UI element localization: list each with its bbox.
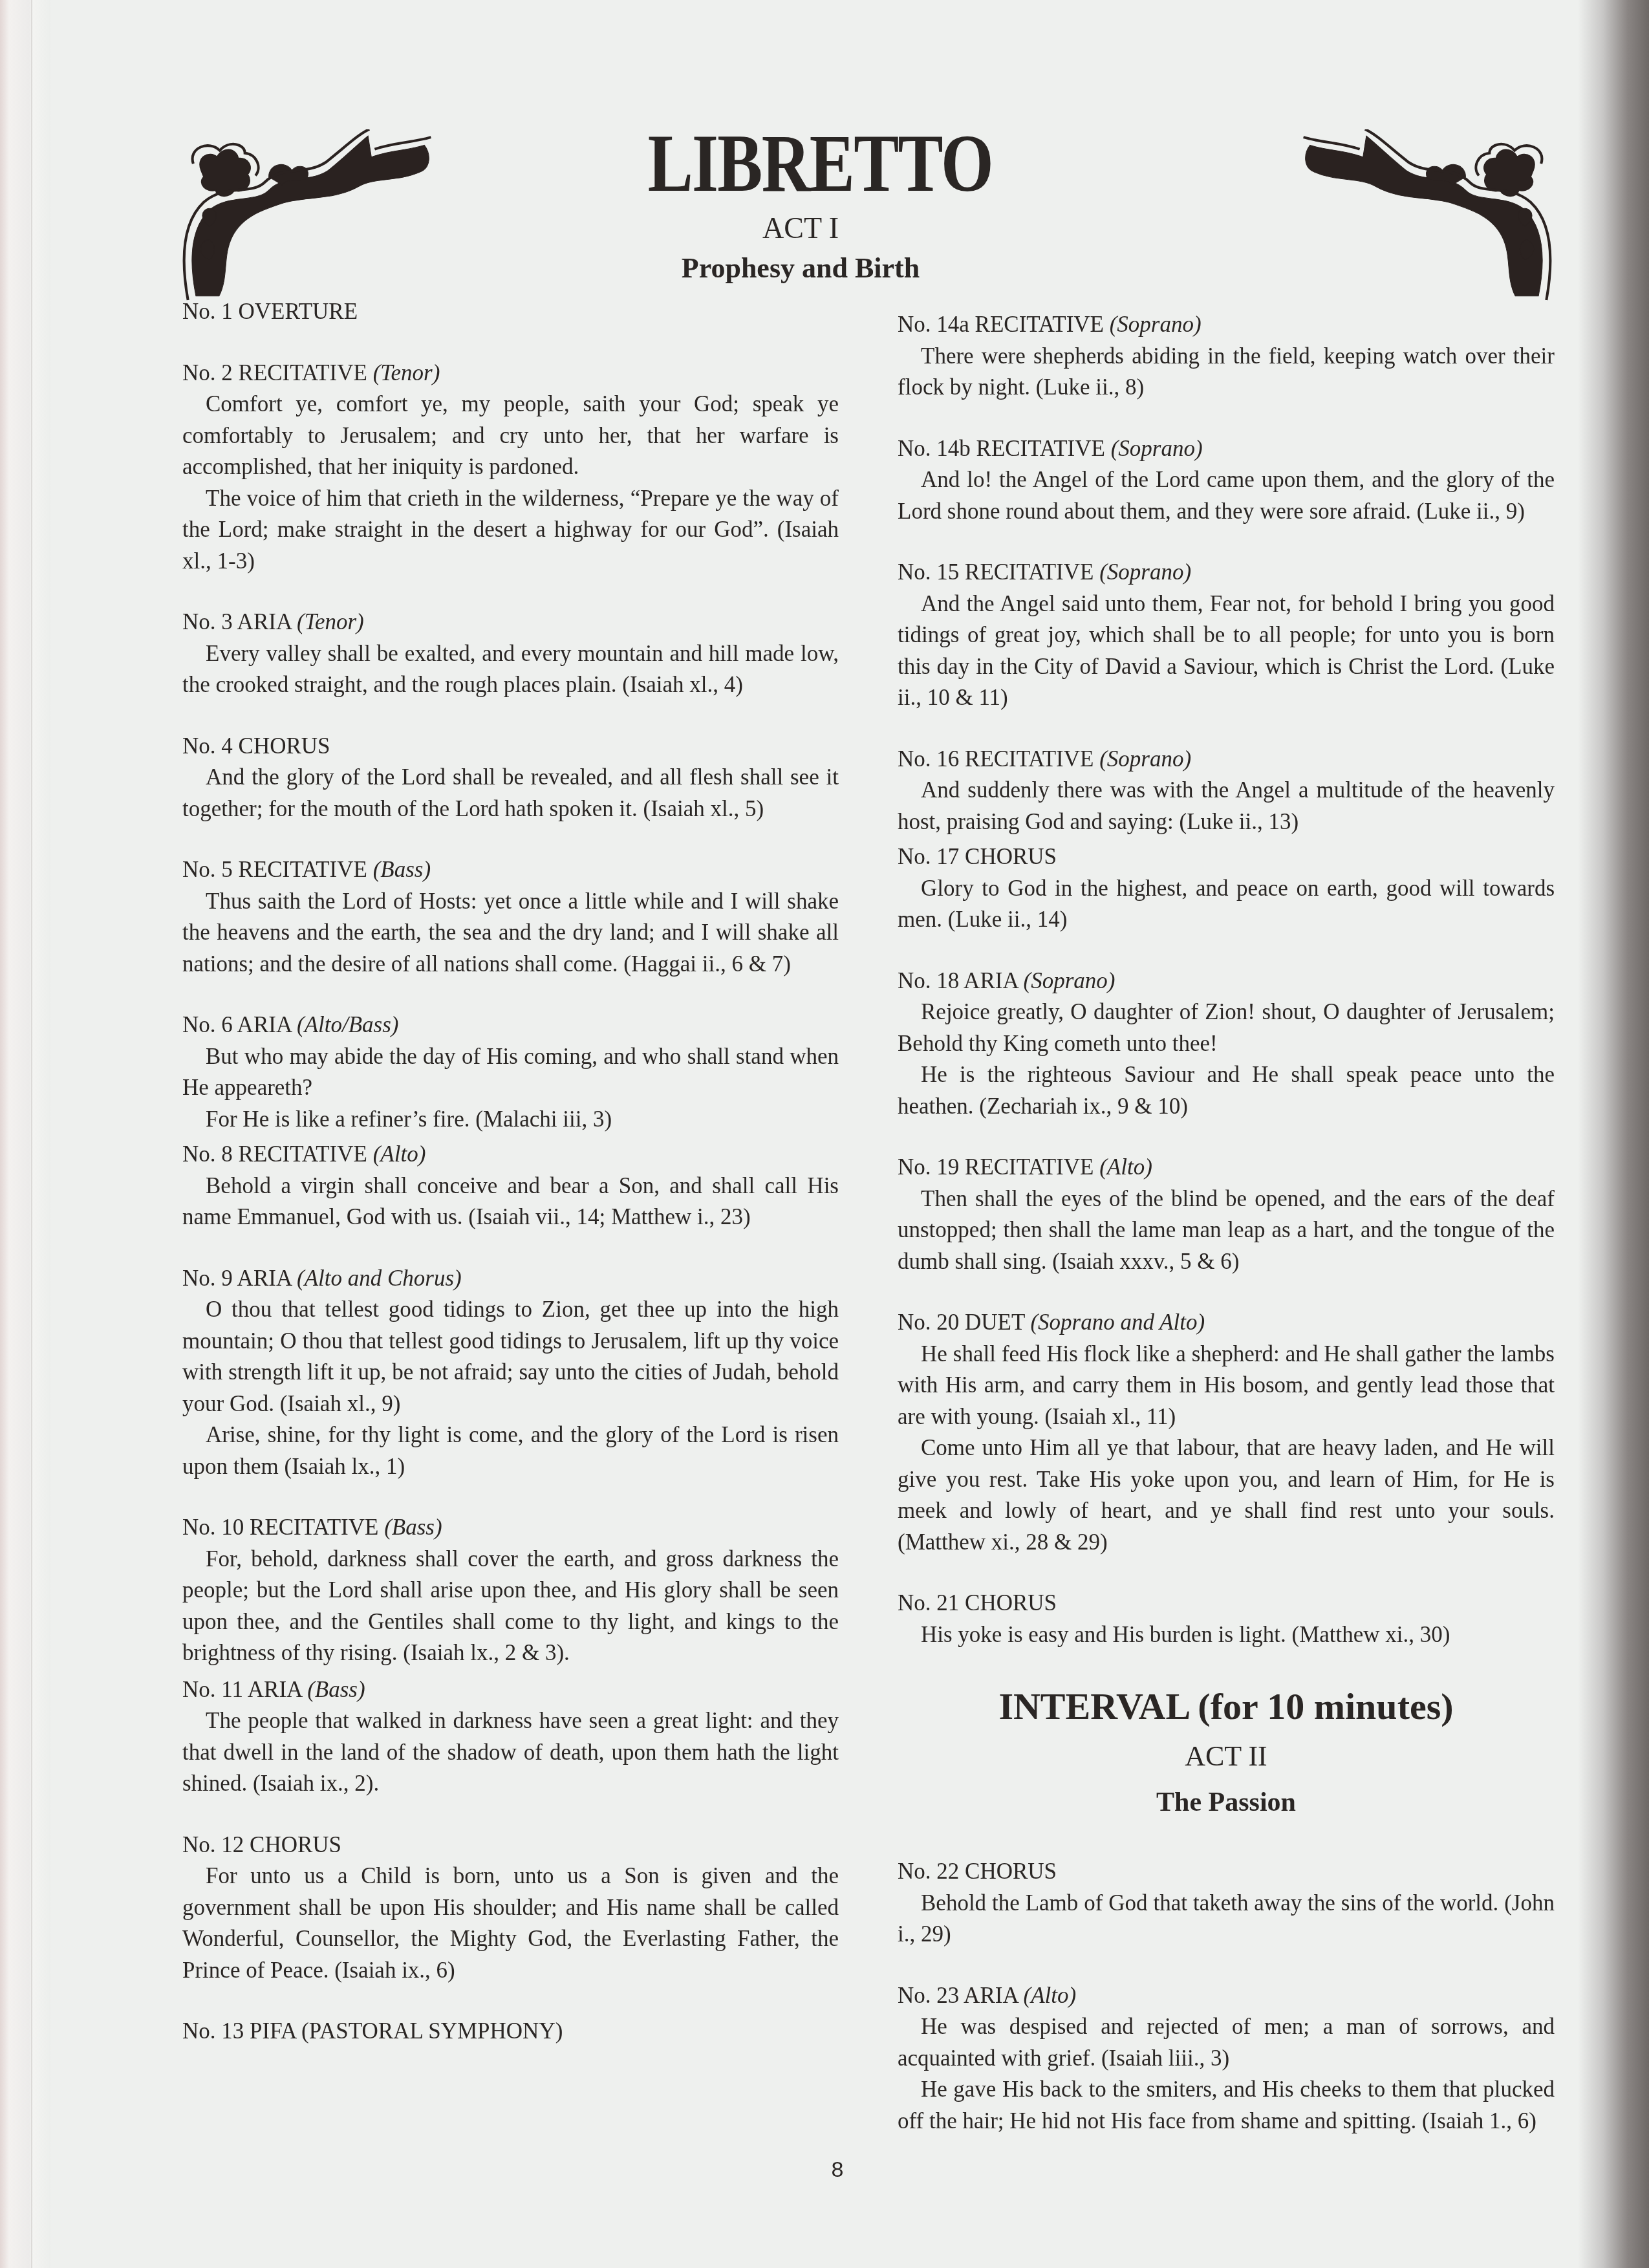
- libretto-entry: No. 8 RECITATIVE (Alto)Behold a virgin s…: [182, 1139, 839, 1233]
- entry-type: RECITATIVE: [239, 360, 367, 385]
- entry-number: No. 16: [898, 746, 959, 772]
- entry-heading: No. 5 RECITATIVE (Bass): [182, 854, 839, 886]
- entry-text: He was despised and rejected of men; a m…: [898, 2011, 1555, 2074]
- entry-heading: No. 4 CHORUS: [182, 731, 839, 762]
- entry-type: CHORUS: [250, 1832, 341, 1857]
- entry-number: No. 14a: [898, 312, 969, 337]
- entry-text: And the Angel said unto them, Fear not, …: [898, 589, 1555, 714]
- entry-number: No. 22: [898, 1859, 959, 1884]
- entry-text: Rejoice greatly, O daughter of Zion! sho…: [898, 997, 1555, 1059]
- libretto-entry: No. 22 CHORUSBehold the Lamb of God that…: [898, 1856, 1555, 1950]
- page-number: 8: [824, 2157, 850, 2183]
- libretto-entry: No. 1 OVERTURE: [182, 296, 839, 328]
- entry-voice: (Tenor): [297, 609, 364, 634]
- entry-heading: No. 10 RECITATIVE (Bass): [182, 1512, 839, 1544]
- entry-voice: (Alto): [1099, 1154, 1152, 1180]
- entry-number: No. 5: [182, 857, 233, 882]
- libretto-entry: No. 17 CHORUSGlory to God in the highest…: [898, 841, 1555, 936]
- act2-heading: ACT II: [898, 1742, 1555, 1771]
- entry-type: OVERTURE: [239, 299, 358, 324]
- entry-type: ARIA: [237, 1012, 292, 1037]
- entry-number: No. 13: [182, 2018, 244, 2044]
- entry-type: RECITATIVE: [976, 436, 1105, 461]
- entry-type: ARIA: [237, 1266, 292, 1291]
- entry-text: O thou that tellest good tidings to Zion…: [182, 1294, 839, 1420]
- entry-type: ARIA: [964, 1983, 1018, 2008]
- entry-voice: (Soprano): [1099, 746, 1191, 772]
- entry-heading: No. 23 ARIA (Alto): [898, 1980, 1555, 2012]
- entry-text: His yoke is easy and His burden is light…: [898, 1619, 1555, 1651]
- entry-voice: (Bass): [373, 857, 431, 882]
- entry-voice: (Soprano and Alto): [1030, 1310, 1205, 1335]
- entry-number: No. 2: [182, 360, 233, 385]
- entry-text: Arise, shine, for thy light is come, and…: [182, 1420, 839, 1482]
- entry-text: Come unto Him all ye that labour, that a…: [898, 1432, 1555, 1558]
- entry-text: Comfort ye, comfort ye, my people, saith…: [182, 389, 839, 483]
- entry-type: CHORUS: [239, 733, 330, 759]
- entry-heading: No. 20 DUET (Soprano and Alto): [898, 1307, 1555, 1339]
- entry-type: RECITATIVE: [239, 1141, 367, 1167]
- entry-text: Then shall the eyes of the blind be open…: [898, 1183, 1555, 1278]
- entry-voice: (Soprano): [1099, 559, 1191, 585]
- entry-text: Every valley shall be exalted, and every…: [182, 638, 839, 701]
- act1-entries-continued: No. 14a RECITATIVE (Soprano)There were s…: [898, 309, 1555, 1650]
- entry-number: No. 17: [898, 844, 959, 869]
- entry-heading: No. 3 ARIA (Tenor): [182, 607, 839, 638]
- entry-heading: No. 14b RECITATIVE (Soprano): [898, 433, 1555, 465]
- entry-type: RECITATIVE: [250, 1515, 378, 1540]
- act2-entries: No. 22 CHORUSBehold the Lamb of God that…: [898, 1856, 1555, 2137]
- entry-type: ARIA: [964, 968, 1018, 993]
- entry-voice: (Soprano): [1111, 436, 1203, 461]
- entry-text: He is the righteous Saviour and He shall…: [898, 1059, 1555, 1122]
- libretto-right-column: No. 14a RECITATIVE (Soprano)There were s…: [898, 309, 1555, 2137]
- libretto-entry: No. 14b RECITATIVE (Soprano)And lo! the …: [898, 433, 1555, 528]
- entry-number: No. 12: [182, 1832, 244, 1857]
- libretto-entry: No. 11 ARIA (Bass)The people that walked…: [182, 1674, 839, 1800]
- entry-text: For, behold, darkness shall cover the ea…: [182, 1544, 839, 1669]
- libretto-entry: No. 21 CHORUSHis yoke is easy and His bu…: [898, 1588, 1555, 1650]
- entry-text: Thus saith the Lord of Hosts: yet once a…: [182, 886, 839, 980]
- entry-heading: No. 19 RECITATIVE (Alto): [898, 1152, 1555, 1183]
- entry-number: No. 1: [182, 299, 233, 324]
- entry-voice: (Soprano): [1023, 968, 1115, 993]
- entry-type: ARIA: [248, 1677, 302, 1702]
- entry-number: No. 19: [898, 1154, 959, 1180]
- libretto-entry: No. 5 RECITATIVE (Bass)Thus saith the Lo…: [182, 854, 839, 980]
- entry-text: Glory to God in the highest, and peace o…: [898, 873, 1555, 936]
- libretto-entry: No. 12 CHORUSFor unto us a Child is born…: [182, 1830, 839, 1987]
- entry-voice: (Alto): [1023, 1983, 1076, 2008]
- entry-number: No. 23: [898, 1983, 959, 2008]
- entry-number: No. 15: [898, 559, 959, 585]
- libretto-entry: No. 15 RECITATIVE (Soprano)And the Angel…: [898, 557, 1555, 714]
- entry-text: He gave His back to the smiters, and His…: [898, 2074, 1555, 2137]
- libretto-entry: No. 10 RECITATIVE (Bass)For, behold, dar…: [182, 1512, 839, 1669]
- libretto-entry: No. 9 ARIA (Alto and Chorus)O thou that …: [182, 1263, 839, 1483]
- entry-text: And the glory of the Lord shall be revea…: [182, 762, 839, 825]
- libretto-entry: No. 14a RECITATIVE (Soprano)There were s…: [898, 309, 1555, 404]
- entry-number: No. 9: [182, 1266, 233, 1291]
- entry-text: And lo! the Angel of the Lord came upon …: [898, 464, 1555, 527]
- entry-number: No. 18: [898, 968, 959, 993]
- entry-voice: (Tenor): [373, 360, 440, 385]
- entry-number: No. 6: [182, 1012, 233, 1037]
- entry-text: Behold the Lamb of God that taketh away …: [898, 1888, 1555, 1950]
- libretto-entry: No. 13 PIFA (PASTORAL SYMPHONY): [182, 2016, 839, 2047]
- page-gutter-shadow: [1578, 0, 1649, 2268]
- entry-type: RECITATIVE: [965, 1154, 1094, 1180]
- libretto-entry: No. 4 CHORUSAnd the glory of the Lord sh…: [182, 731, 839, 825]
- entry-heading: No. 13 PIFA (PASTORAL SYMPHONY): [182, 2016, 839, 2047]
- entry-text: And suddenly there was with the Angel a …: [898, 775, 1555, 837]
- entry-type: RECITATIVE: [965, 746, 1094, 772]
- entry-voice: (Soprano): [1110, 312, 1202, 337]
- entry-text: He shall feed His flock like a shepherd:…: [898, 1339, 1555, 1433]
- libretto-entry: No. 19 RECITATIVE (Alto)Then shall the e…: [898, 1152, 1555, 1277]
- entry-heading: No. 8 RECITATIVE (Alto): [182, 1139, 839, 1171]
- libretto-entry: No. 20 DUET (Soprano and Alto)He shall f…: [898, 1307, 1555, 1558]
- entry-number: No. 4: [182, 733, 233, 759]
- act-heading: ACT I: [704, 213, 898, 243]
- entry-type: ARIA: [237, 609, 292, 634]
- entry-text: For He is like a refiner’s fire. (Malach…: [182, 1104, 839, 1136]
- entry-heading: No. 11 ARIA (Bass): [182, 1674, 839, 1706]
- entry-type: RECITATIVE: [239, 857, 367, 882]
- entry-heading: No. 9 ARIA (Alto and Chorus): [182, 1263, 839, 1295]
- page-binding-edge: [0, 0, 50, 2268]
- entry-number: No. 10: [182, 1515, 244, 1540]
- entry-text: For unto us a Child is born, unto us a S…: [182, 1861, 839, 1986]
- libretto-entry: No. 3 ARIA (Tenor)Every valley shall be …: [182, 607, 839, 701]
- libretto-left-column: No. 1 OVERTURENo. 2 RECITATIVE (Tenor)Co…: [182, 296, 839, 2047]
- entry-type: CHORUS: [965, 1590, 1057, 1615]
- entry-number: No. 20: [898, 1310, 959, 1335]
- entry-number: No. 3: [182, 609, 233, 634]
- entry-number: No. 14b: [898, 436, 971, 461]
- entry-text: The voice of him that crieth in the wild…: [182, 483, 839, 578]
- act2-subtitle: The Passion: [898, 1789, 1555, 1816]
- entry-voice: (Alto and Chorus): [297, 1266, 462, 1291]
- entry-type: DUET: [965, 1310, 1025, 1335]
- entry-number: No. 21: [898, 1590, 959, 1615]
- entry-heading: No. 22 CHORUS: [898, 1856, 1555, 1888]
- entry-text: Behold a virgin shall conceive and bear …: [182, 1171, 839, 1233]
- entry-type: CHORUS: [965, 844, 1057, 869]
- entry-number: No. 11: [182, 1677, 243, 1702]
- entry-heading: No. 15 RECITATIVE (Soprano): [898, 557, 1555, 589]
- entry-type: CHORUS: [965, 1859, 1057, 1884]
- entry-text: There were shepherds abiding in the fiel…: [898, 341, 1555, 404]
- entry-heading: No. 17 CHORUS: [898, 841, 1555, 873]
- entry-heading: No. 18 ARIA (Soprano): [898, 966, 1555, 997]
- page-title: LIBRETTO: [144, 122, 1496, 204]
- entry-heading: No. 2 RECITATIVE (Tenor): [182, 358, 839, 389]
- entry-voice: (Bass): [384, 1515, 442, 1540]
- entry-voice: (Alto/Bass): [297, 1012, 398, 1037]
- entry-voice: (Alto): [373, 1141, 426, 1167]
- interval-heading: INTERVAL (for 10 minutes): [898, 1688, 1555, 1725]
- entry-number: No. 8: [182, 1141, 233, 1167]
- entry-heading: No. 1 OVERTURE: [182, 296, 839, 328]
- entry-text: But who may abide the day of His coming,…: [182, 1041, 839, 1104]
- entry-text: The people that walked in darkness have …: [182, 1705, 839, 1800]
- act-subtitle: Prophesy and Birth: [639, 254, 962, 283]
- libretto-entry: No. 18 ARIA (Soprano)Rejoice greatly, O …: [898, 966, 1555, 1123]
- entry-heading: No. 12 CHORUS: [182, 1830, 839, 1861]
- entry-heading: No. 16 RECITATIVE (Soprano): [898, 744, 1555, 775]
- libretto-entry: No. 16 RECITATIVE (Soprano)And suddenly …: [898, 744, 1555, 838]
- entry-voice: (Bass): [307, 1677, 365, 1702]
- entry-type: PIFA (PASTORAL SYMPHONY): [250, 2018, 563, 2044]
- entry-type: RECITATIVE: [965, 559, 1094, 585]
- entry-heading: No. 21 CHORUS: [898, 1588, 1555, 1619]
- entry-heading: No. 14a RECITATIVE (Soprano): [898, 309, 1555, 341]
- entry-type: RECITATIVE: [975, 312, 1104, 337]
- libretto-entry: No. 2 RECITATIVE (Tenor)Comfort ye, comf…: [182, 358, 839, 578]
- entry-heading: No. 6 ARIA (Alto/Bass): [182, 1010, 839, 1041]
- libretto-entry: No. 23 ARIA (Alto)He was despised and re…: [898, 1980, 1555, 2137]
- libretto-entry: No. 6 ARIA (Alto/Bass)But who may abide …: [182, 1010, 839, 1135]
